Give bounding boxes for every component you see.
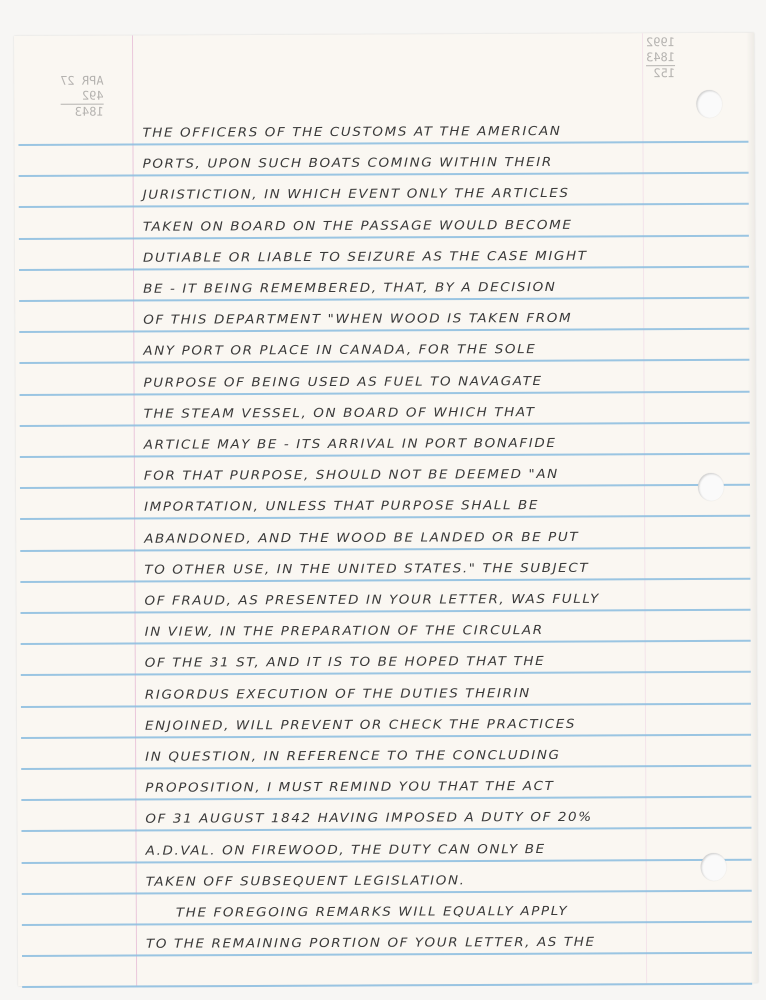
handwritten-line: RIGORDUS EXECUTION OF THE DUTIES THEIRIN [145, 686, 531, 702]
right-margin-line [642, 33, 647, 983]
ruled-line [20, 390, 750, 395]
ruled-line [21, 796, 751, 801]
handwritten-line: TO THE REMAINING PORTION OF YOUR LETTER,… [146, 935, 596, 952]
handwritten-line: DUTIABLE OR LIABLE TO SEIZURE AS THE CAS… [143, 249, 588, 266]
ruled-line [19, 203, 749, 208]
corner-note-line: 152 [646, 66, 675, 81]
handwritten-line: OF THE 31 ST, AND IT IS TO BE HOPED THAT… [145, 654, 546, 670]
handwritten-line: TAKEN OFF SUBSEQUENT LEGISLATION. [146, 873, 466, 889]
ruled-line [22, 858, 752, 863]
ruled-line [22, 952, 752, 957]
handwritten-line: A.D.VAL. ON FIREWOOD, THE DUTY CAN ONLY … [146, 842, 546, 858]
corner-note-line: APR 27 [60, 74, 103, 89]
ruled-line [21, 765, 751, 770]
handwritten-line: PROPOSITION, I MUST REMIND YOU THAT THE … [145, 779, 554, 796]
paper-edge-shadow [746, 33, 758, 983]
ruled-line [19, 266, 749, 271]
ruled-line [21, 702, 751, 707]
handwritten-line: ABANDONED, AND THE WOOD BE LANDED OR BE … [144, 529, 579, 546]
ruled-line [21, 671, 751, 676]
ruled-line [22, 921, 752, 926]
handwritten-line: OF 31 AUGUST 1842 HAVING IMPOSED A DUTY … [145, 810, 592, 827]
ruled-line [20, 422, 750, 427]
ruled-line [19, 359, 749, 364]
punch-hole-top [696, 90, 722, 118]
corner-note-line: 492 [60, 89, 103, 105]
ruled-line [22, 983, 752, 988]
ruled-line [19, 172, 749, 177]
lined-paper-sheet: APR 27 492 1843 1992 1843 152 THE OFFICE… [14, 33, 758, 986]
handwritten-line: IMPORTATION, UNLESS THAT PURPOSE SHALL B… [144, 498, 539, 514]
handwritten-line: THE OFFICERS OF THE CUSTOMS AT THE AMERI… [142, 124, 561, 141]
punch-hole-bottom [701, 853, 727, 881]
handwritten-line: OF THIS DEPARTMENT "WHEN WOOD IS TAKEN F… [143, 311, 572, 328]
handwritten-line: THE STEAM VESSEL, ON BOARD OF WHICH THAT [144, 405, 536, 421]
handwritten-line: TO OTHER USE, IN THE UNITED STATES." THE… [144, 561, 589, 578]
left-margin-line [132, 35, 137, 985]
handwritten-line: ARTICLE MAY BE - ITS ARRIVAL IN PORT BON… [144, 436, 557, 453]
handwritten-line: OF FRAUD, AS PRESENTED IN YOUR LETTER, W… [144, 592, 600, 609]
handwritten-line: ANY PORT OR PLACE IN CANADA, FOR THE SOL… [143, 342, 536, 358]
ruled-line [22, 890, 752, 895]
handwritten-line: PURPOSE OF BEING USED AS FUEL TO NAVAGAT… [143, 374, 542, 390]
corner-note-line: 1843 [646, 50, 675, 66]
ruled-line [19, 328, 749, 333]
ruled-line [20, 484, 750, 489]
handwritten-line: IN VIEW, IN THE PREPARATION OF THE CIRCU… [145, 623, 544, 639]
ruled-line [21, 609, 751, 614]
ruled-line [20, 578, 750, 583]
handwritten-line: IN QUESTION, IN REFERENCE TO THE CONCLUD… [145, 748, 561, 765]
corner-note-line: 1992 [646, 35, 675, 50]
corner-note-line: 1843 [60, 105, 103, 120]
corner-note-left: APR 27 492 1843 [60, 74, 104, 120]
ruled-line [20, 453, 750, 458]
ruled-line [21, 734, 751, 739]
ruled-line [20, 546, 750, 551]
handwritten-line: JURISTICTION, IN WHICH EVENT ONLY THE AR… [143, 186, 570, 203]
handwritten-line: PORTS, UPON SUCH BOATS COMING WITHIN THE… [143, 155, 553, 172]
ruled-line [19, 234, 749, 239]
handwritten-line: THE FOREGOING REMARKS WILL EQUALLY APPLY [176, 904, 569, 920]
ruled-line [19, 297, 749, 302]
punch-hole-middle [698, 473, 724, 501]
ruled-line [21, 640, 751, 645]
ruled-line [18, 141, 748, 146]
handwritten-line: BE - IT BEING REMEMBERED, THAT, BY A DEC… [143, 280, 556, 297]
ruled-line [21, 827, 751, 832]
handwritten-line: TAKEN ON BOARD ON THE PASSAGE WOULD BECO… [143, 217, 573, 234]
handwritten-line: FOR THAT PURPOSE, SHOULD NOT BE DEEMED "… [144, 467, 559, 484]
handwritten-line: ENJOINED, WILL PREVENT OR CHECK THE PRAC… [145, 717, 576, 734]
ruled-line [20, 515, 750, 520]
corner-note-right: 1992 1843 152 [646, 35, 675, 81]
